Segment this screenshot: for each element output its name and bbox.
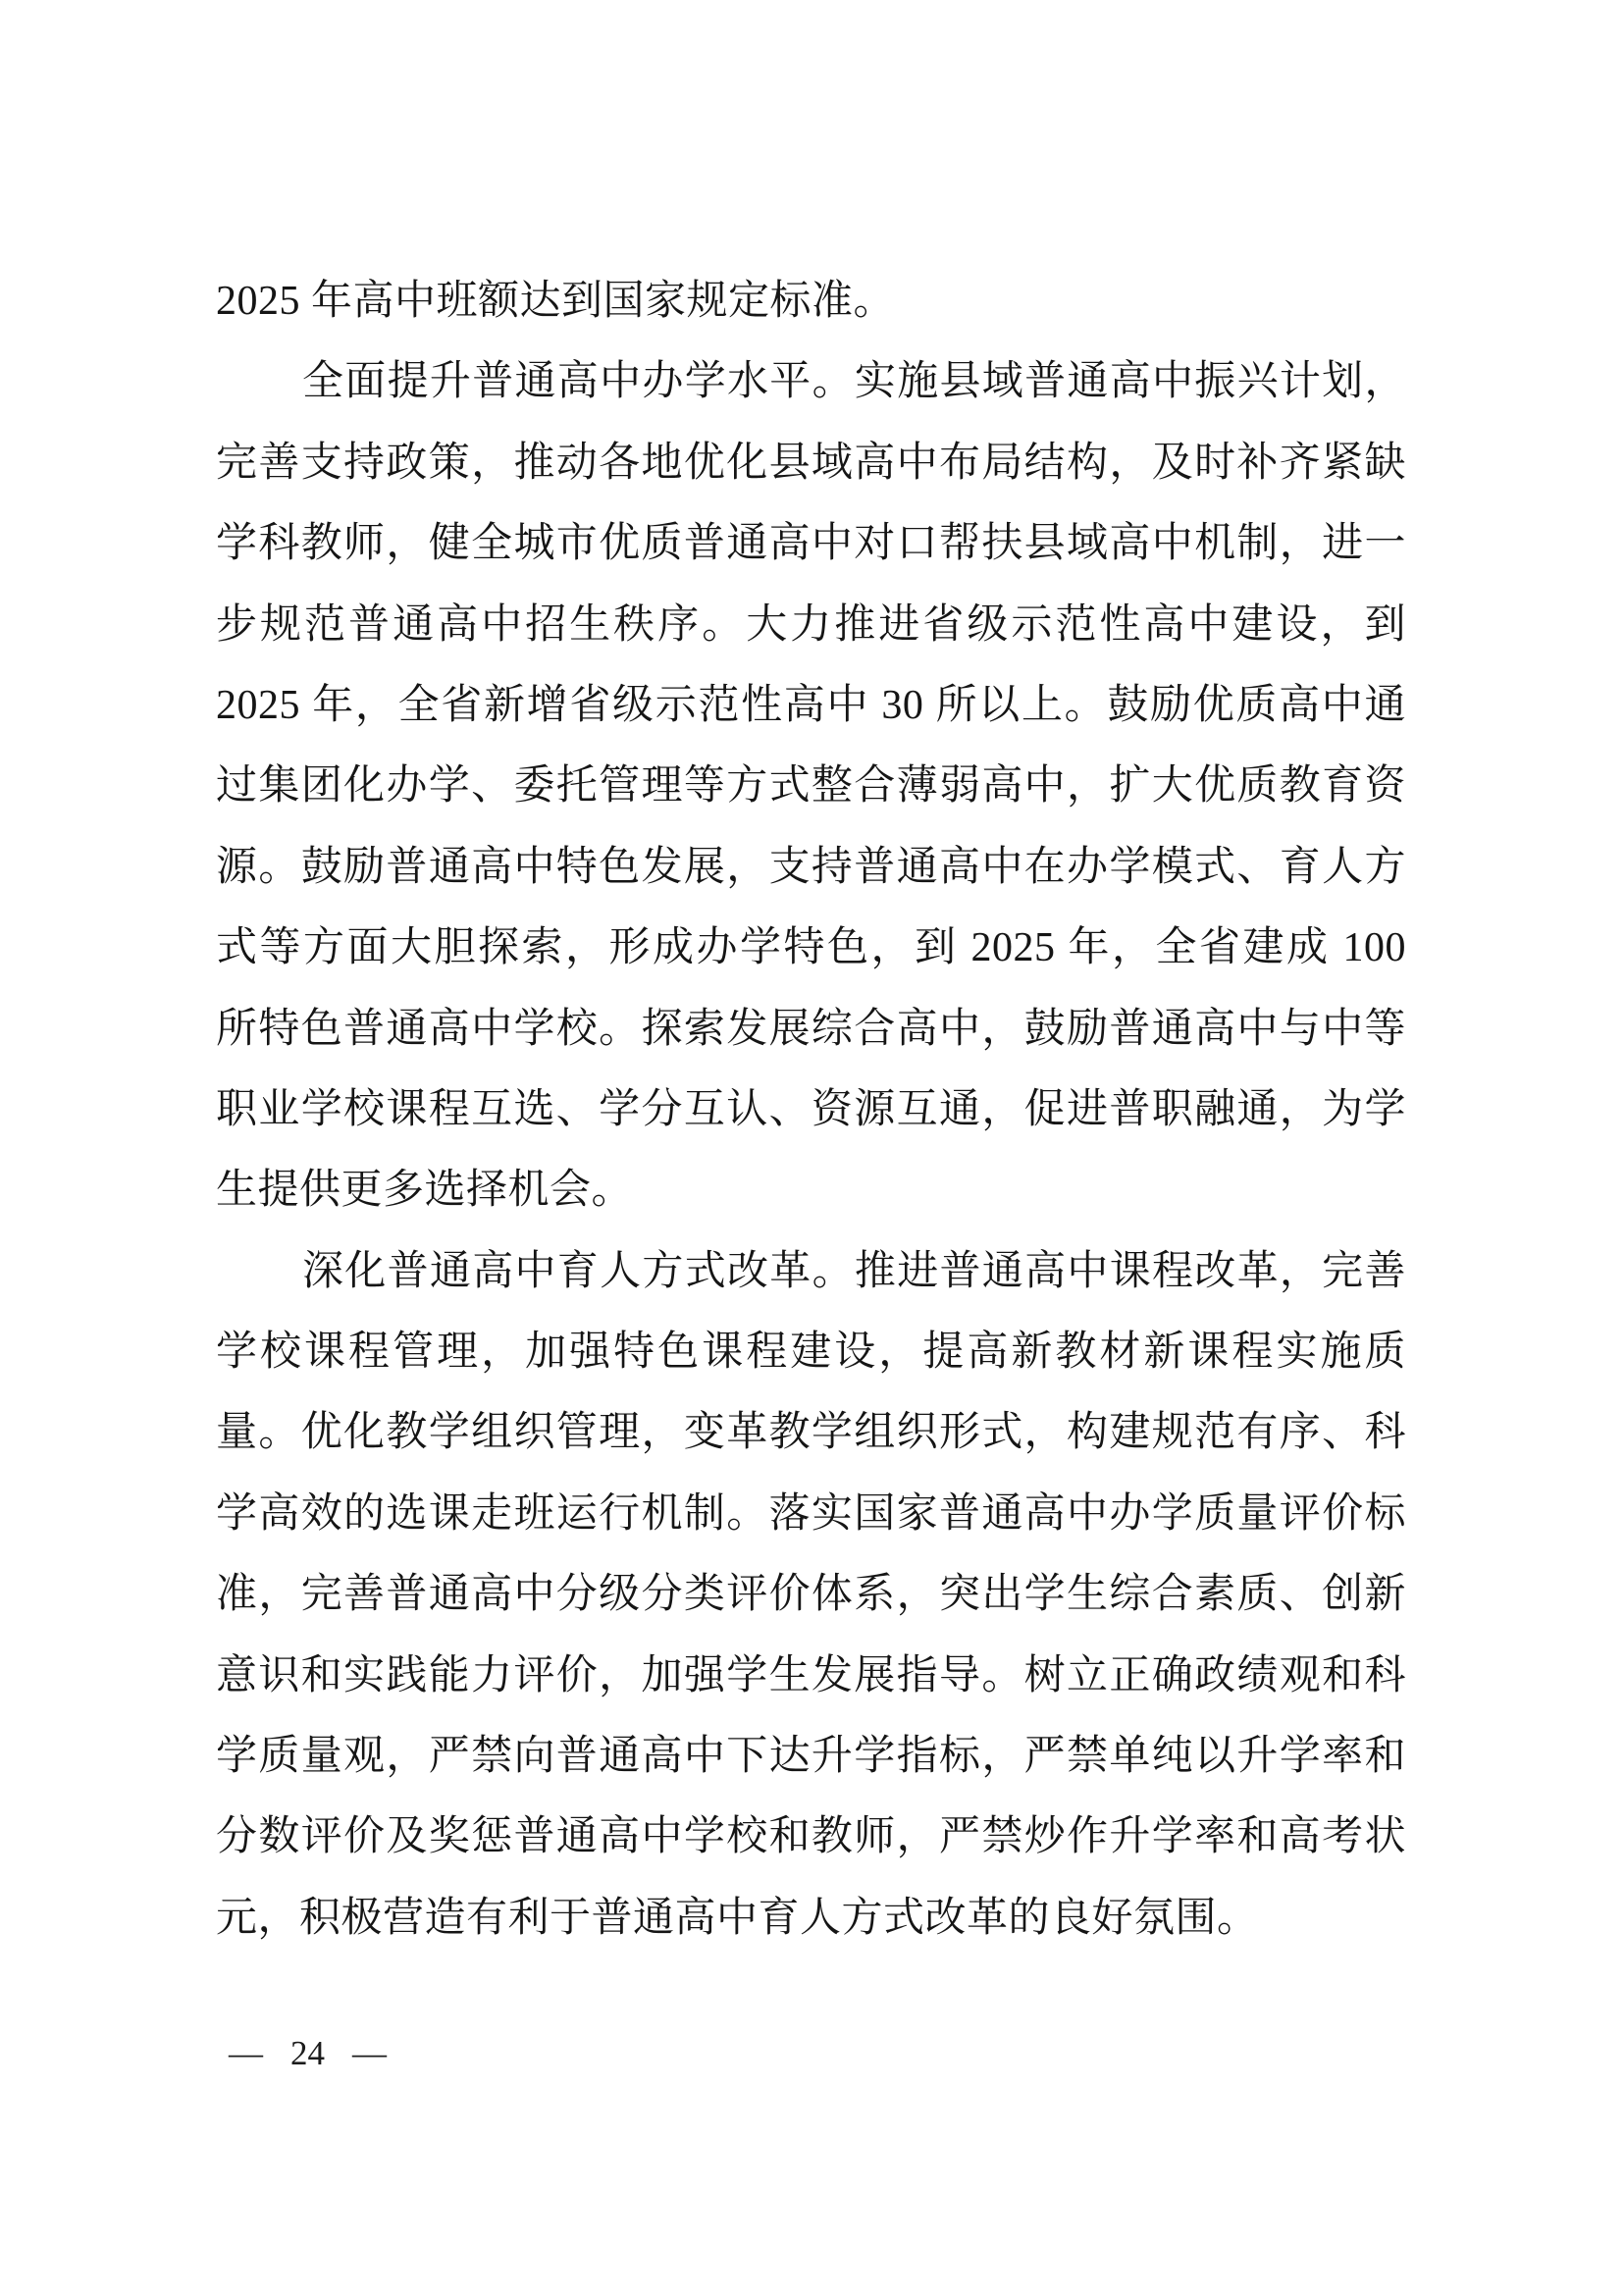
page-number: 24 — [290, 2033, 325, 2074]
text-line: 全面提升普通高中办学水平。实施县域普通高中振兴计划， — [216, 341, 1406, 422]
text-line: 生提供更多选择机会。 — [216, 1150, 1406, 1230]
text-line: 分数评价及奖惩普通高中学校和教师，严禁炒作升学率和高考状 — [216, 1797, 1406, 1877]
text-line: 准，完善普通高中分级分类评价体系，突出学生综合素质、创新 — [216, 1554, 1406, 1635]
text-line: 所特色普通高中学校。探索发展综合高中，鼓励普通高中与中等 — [216, 989, 1406, 1070]
document-page: 2025 年高中班额达到国家规定标准。 全面提升普通高中办学水平。实施县域普通高… — [0, 0, 1624, 2296]
text-line: 过集团化办学、委托管理等方式整合薄弱高中，扩大优质教育资 — [216, 746, 1406, 826]
page-footer: —24— — [229, 2033, 387, 2074]
body-text: 2025 年高中班额达到国家规定标准。 全面提升普通高中办学水平。实施县域普通高… — [216, 261, 1406, 1958]
text-line: 量。优化教学组织管理，变革教学组织形式，构建规范有序、科 — [216, 1392, 1406, 1473]
text-line: 式等方面大胆探索，形成办学特色，到 2025 年，全省建成 100 — [216, 908, 1406, 988]
text-line: 学质量观，严禁向普通高中下达升学指标，严禁单纯以升学率和 — [216, 1716, 1406, 1797]
text-line: 2025 年，全省新增省级示范性高中 30 所以上。鼓励优质高中通 — [216, 665, 1406, 746]
text-line: 完善支持政策，推动各地优化县域高中布局结构，及时补齐紧缺 — [216, 423, 1406, 503]
text-line: 学高效的选课走班运行机制。落实国家普通高中办学质量评价标 — [216, 1474, 1406, 1554]
text-line: 2025 年高中班额达到国家规定标准。 — [216, 261, 1406, 341]
footer-dash-left: — — [229, 2033, 263, 2074]
text-line: 元，积极营造有利于普通高中育人方式改革的良好氛围。 — [216, 1878, 1406, 1958]
text-line: 学科教师，健全城市优质普通高中对口帮扶县域高中机制，进一 — [216, 503, 1406, 584]
text-line: 学校课程管理，加强特色课程建设，提高新教材新课程实施质 — [216, 1312, 1406, 1392]
text-line: 深化普通高中育人方式改革。推进普通高中课程改革，完善 — [216, 1231, 1406, 1312]
text-line: 意识和实践能力评价，加强学生发展指导。树立正确政绩观和科 — [216, 1636, 1406, 1716]
text-line: 步规范普通高中招生秩序。大力推进省级示范性高中建设，到 — [216, 585, 1406, 665]
text-line: 源。鼓励普通高中特色发展，支持普通高中在办学模式、育人方 — [216, 827, 1406, 908]
text-line: 职业学校课程互选、学分互认、资源互通，促进普职融通，为学 — [216, 1070, 1406, 1150]
footer-dash-right: — — [352, 2033, 387, 2074]
